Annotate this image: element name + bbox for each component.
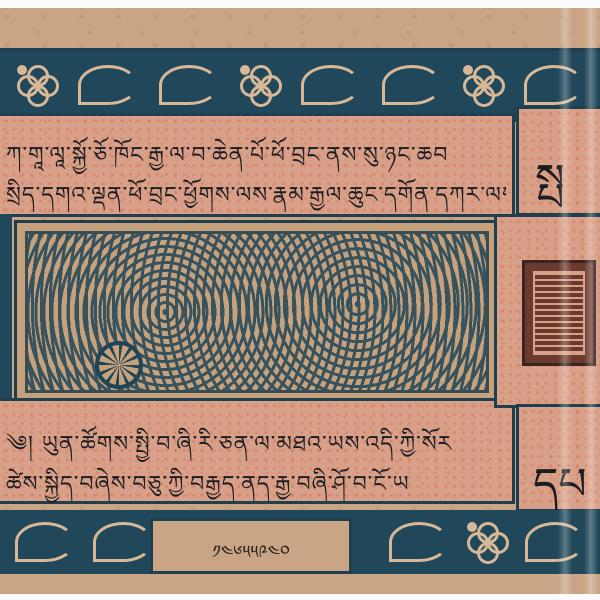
left-edge-border [0,214,12,404]
vine-scroll-icon [382,65,442,105]
vine-scroll-icon [525,522,585,562]
plastic-sleeve-reflection [558,8,572,600]
flower-icon [240,65,280,105]
banknote: ཀ་གཱ་ལཱ་སྐྱོ་ཅོ་ཁོང་རྒྱ་ལ་བ་ཆེན་པོ་ཕོ་བྲ… [0,8,600,594]
top-text-panel: ཀ་གཱ་ལཱ་སྐྱོ་ཅོ་ཁོང་རྒྱ་ལ་བ་ཆེན་པོ་ཕོ་བྲ… [0,113,515,217]
flower-icon [463,65,503,105]
vine-scroll-icon [93,522,153,562]
bottom-text-panel: ༄། ཡུན་ཚོགས་སྤྱི་བ་ཞི་རི་ཅན་ལ་མཐའ་ཡས་འདི… [0,398,515,504]
lion-vignette [14,220,500,404]
vine-scroll-icon [524,65,584,105]
vine-scroll-icon [78,65,138,105]
top-floral-border [0,48,600,122]
flower-icon [467,522,507,562]
plastic-sleeve-reflection [584,8,598,600]
vine-scroll-icon [301,65,361,105]
vine-scroll-icon [159,65,219,105]
flower-icon [17,65,57,105]
vine-scroll-icon [15,522,75,562]
dharma-wheel-icon [95,341,143,389]
serial-number: ༡༤༦༥༥༩༤༠ [153,533,349,583]
vine-scroll-icon [389,522,449,562]
serial-number-box: ༡༤༦༥༥༩༤༠ [150,518,352,574]
floral-scroll [0,51,600,119]
